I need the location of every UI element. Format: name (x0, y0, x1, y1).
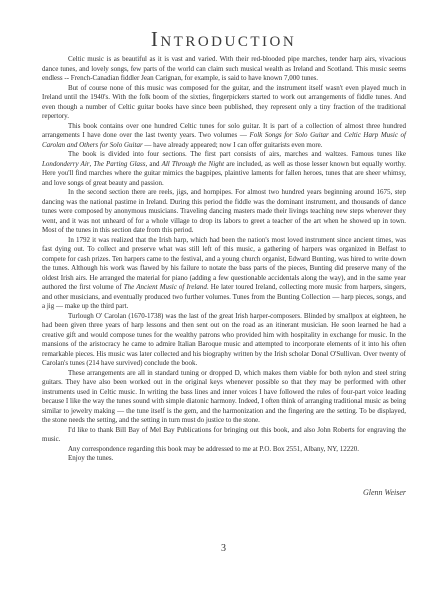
paragraph: Celtic music is as beautiful as it is va… (42, 55, 406, 84)
paragraph: This book contains over one hundred Celt… (42, 122, 406, 151)
paragraph: Any correspondence regarding this book m… (42, 445, 406, 455)
paragraph: These arrangements are all in standard t… (42, 369, 406, 426)
body-text: Celtic music is as beautiful as it is va… (42, 55, 406, 464)
paragraph: In the second section there are reels, j… (42, 188, 406, 236)
book-page: Introduction Celtic music is as beautifu… (0, 0, 447, 600)
paragraph: In 1792 it was realized that the Irish h… (42, 236, 406, 312)
paragraph: Turlough O' Carolan (1670-1738) was the … (42, 312, 406, 369)
paragraph: The book is divided into four sections. … (42, 150, 406, 188)
page-number: 3 (0, 543, 447, 554)
page-title: Introduction (0, 27, 447, 52)
author-signature: Glenn Weiser (363, 488, 406, 497)
paragraph: Enjoy the tunes. (42, 454, 406, 464)
paragraph: I'd like to thank Bill Bay of Mel Bay Pu… (42, 426, 406, 445)
paragraph: But of course none of this music was com… (42, 84, 406, 122)
